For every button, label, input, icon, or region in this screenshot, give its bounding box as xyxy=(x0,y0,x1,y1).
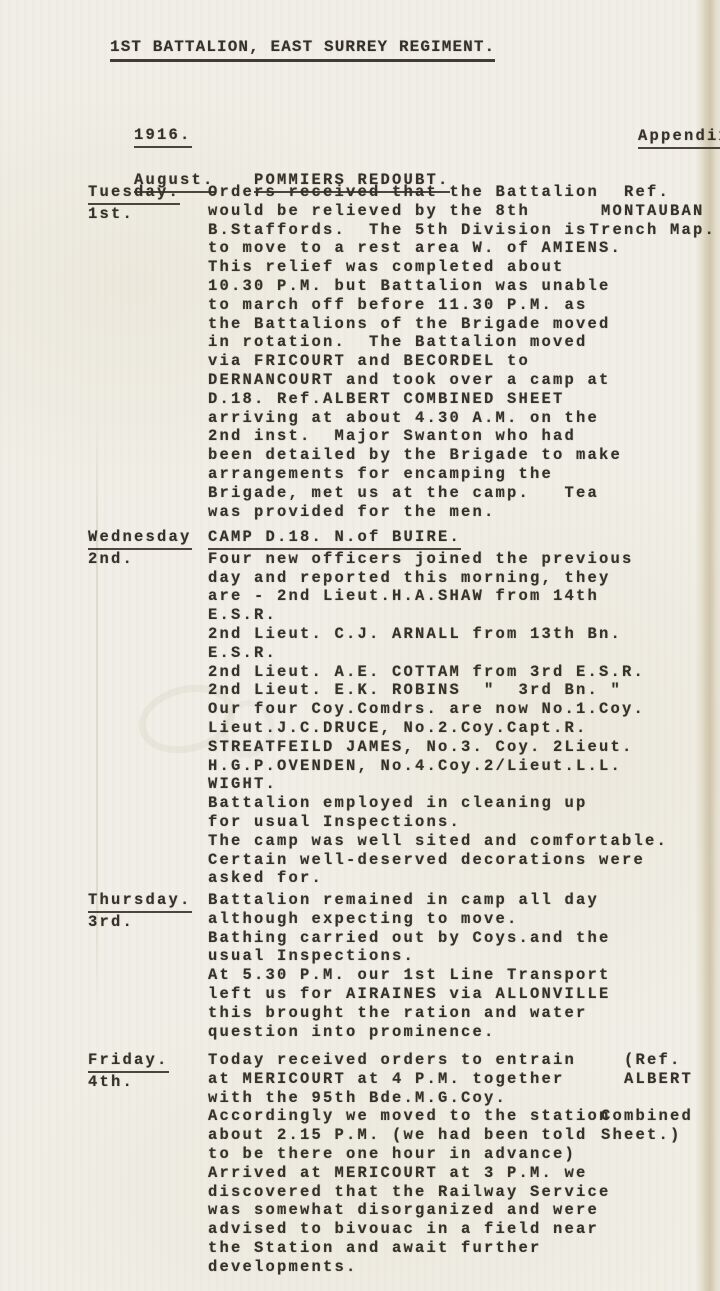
document-page: 1ST BATTALION, EAST SURREY REGIMENT. 191… xyxy=(0,0,720,1291)
appendix-label: Appendix. xyxy=(638,127,720,149)
entry-day: Wednesday xyxy=(88,528,192,550)
entry-day: Thursday. xyxy=(88,891,192,913)
entry-body: Four new officers joined the previous da… xyxy=(208,550,668,888)
entry-day: Friday. xyxy=(88,1051,169,1073)
entry-date: 3rd. xyxy=(88,913,192,932)
entry-margin-ref: (Ref. ALBERT Combined Sheet.) xyxy=(578,1051,693,1145)
entry-heading: CAMP D.18. N.of BUIRE. xyxy=(208,528,461,550)
entry-body: Orders received that the Battalion would… xyxy=(208,183,622,521)
entry-date: 4th. xyxy=(88,1073,169,1092)
document-title: 1ST BATTALION, EAST SURREY REGIMENT. xyxy=(110,38,495,62)
entry-body: Battalion remained in camp all day altho… xyxy=(208,891,611,1041)
entry-body: Today received orders to entrain at MERI… xyxy=(208,1051,611,1277)
entry-day: Tuesday. xyxy=(88,183,180,205)
entry-date: 1st. xyxy=(88,205,180,224)
entry-margin-ref: Ref. MONTAUBAN Trench Map. xyxy=(578,183,716,239)
year-label: 1916. xyxy=(134,126,192,148)
entry-date: 2nd. xyxy=(88,550,192,569)
